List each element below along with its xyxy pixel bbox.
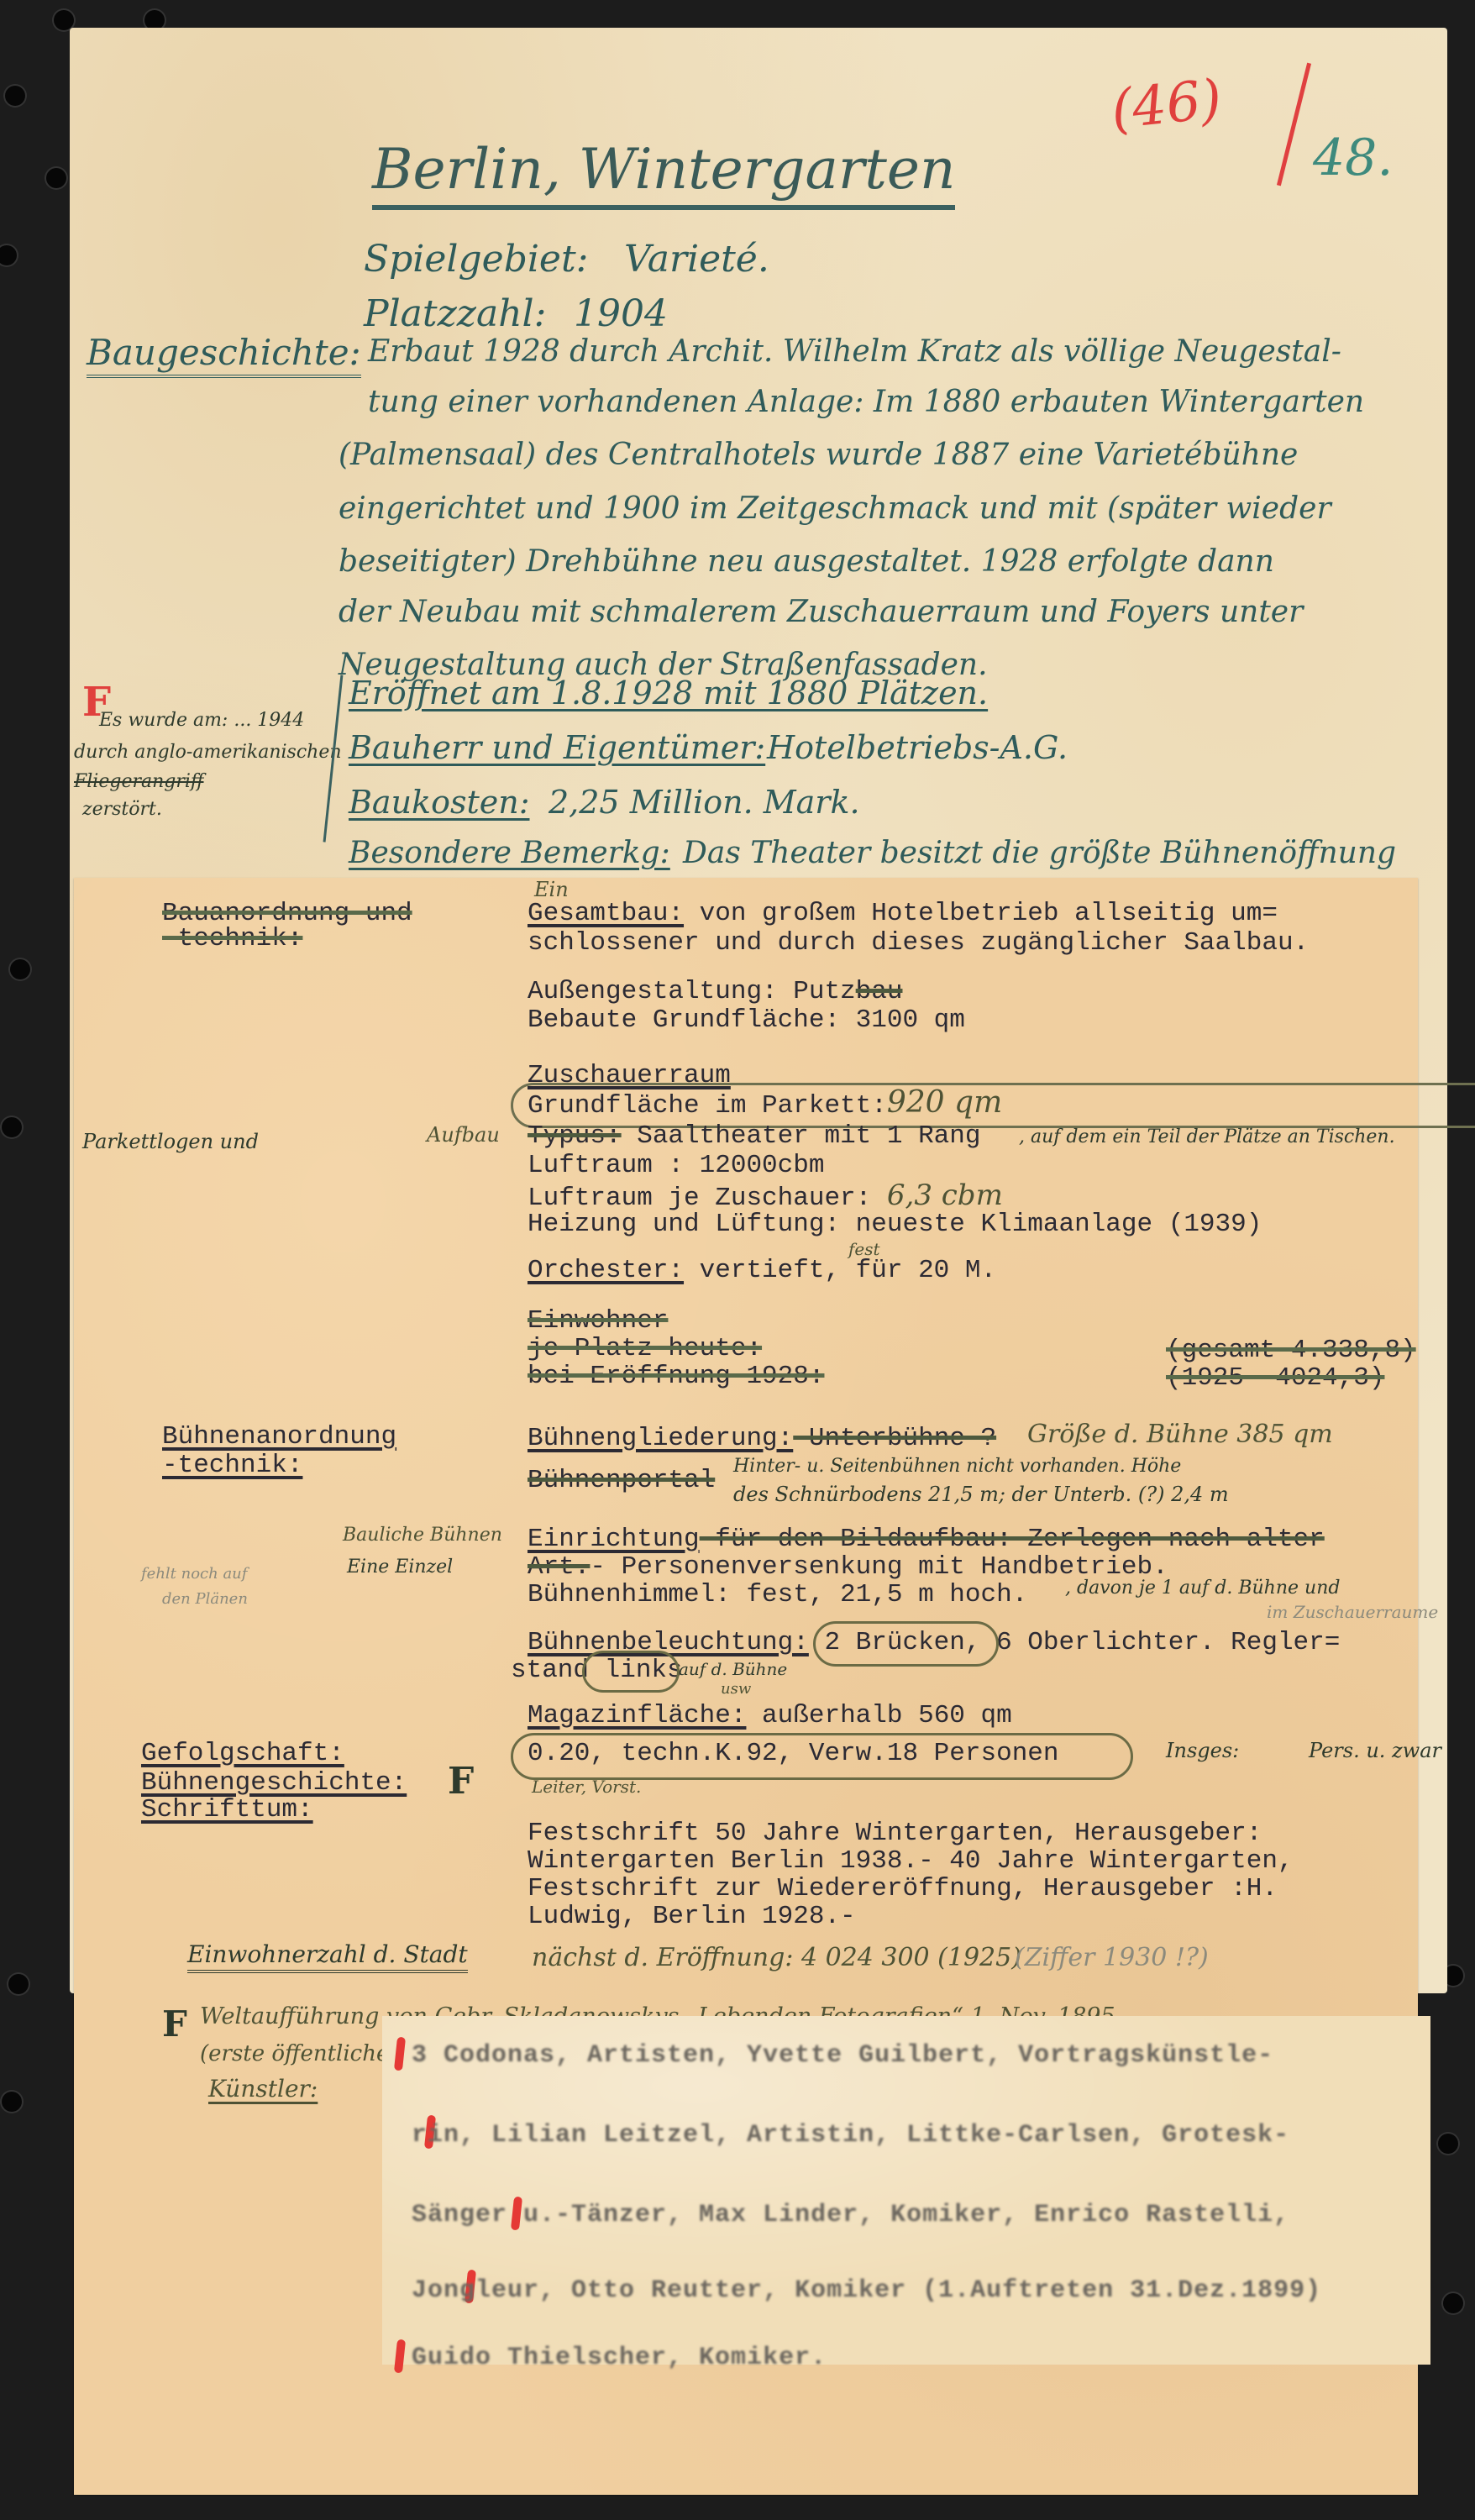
buehnen-label-text: Bühnenanordnung — [162, 1422, 396, 1452]
magazin-insert: usw — [721, 1680, 751, 1698]
luftraum-je-line: Luftraum je Zuschauer: 6,3 cbm — [528, 1180, 1003, 1214]
baukosten-value: 2,25 Million. Mark. — [549, 784, 860, 821]
kuenstler-label: Künstler: — [208, 2075, 318, 2103]
binder-hole — [10, 959, 30, 979]
archive-divider-slash — [1277, 63, 1311, 186]
buehnengliederung-note: Größe d. Bühne 385 qm — [1027, 1420, 1333, 1449]
himmel-line: Bühnenhimmel: fest, 21,5 m hoch. — [528, 1580, 1027, 1610]
orchester-line: Orchester: vertieft, für 20 M. — [528, 1256, 996, 1286]
einwohner-value-struck: (1925 4024,3) — [1166, 1363, 1384, 1394]
typus-label: Typus: — [528, 1121, 622, 1151]
einrichtung-struck: für den Bildaufbau: Zerlegen nach alter — [700, 1525, 1325, 1554]
grundflaeche-line: Bebaute Grundfläche: 3100 qm — [528, 1005, 965, 1036]
einrichtung-line2-struck: Art. — [528, 1552, 590, 1582]
margin-note-line: Es wurde am: ... 1944 — [99, 710, 304, 731]
luftraum-je-value: 6,3 cbm — [887, 1179, 1003, 1212]
buehnenportal-label: Bühnenportal — [528, 1466, 715, 1495]
eroeffnet-text: Eröffnet am 1.8.1928 mit 1880 Plätzen. — [349, 675, 988, 711]
magazin-value: außerhalb 560 qm — [746, 1701, 1011, 1730]
spielgebiet-label: Spielgebiet: — [364, 238, 588, 281]
pencil-margin-1: fehlt noch auf — [141, 1565, 247, 1583]
binder-hole — [1443, 2293, 1463, 2313]
buehnengeschichte-label: Bühnengeschichte: — [141, 1768, 407, 1798]
gefolgschaft-value: 0.20, techn.K.92, Verw.18 Personen — [528, 1739, 1059, 1769]
pencil-margin-2: den Plänen — [162, 1590, 248, 1608]
gesamtbau-insert: Ein — [534, 878, 569, 901]
schrifttum-line: Wintergarten Berlin 1938.- 40 Jahre Wint… — [528, 1846, 1294, 1877]
baugeschichte-label: Baugeschichte: — [87, 332, 361, 378]
orchester-value: vertieft, für 20 M. — [684, 1256, 996, 1285]
artists-line: Jongleur, Otto Reutter, Komiker (1.Auftr… — [412, 2276, 1321, 2305]
typus-note: , auf dem ein Teil der Plätze an Tischen… — [1019, 1126, 1395, 1147]
artists-line: Sänger u.-Tänzer, Max Linder, Komiker, E… — [412, 2201, 1289, 2229]
artists-slip: 3 Codonas, Artisten, Yvette Guilbert, Vo… — [382, 2016, 1430, 2365]
einrichtung-label: Einrichtung — [528, 1525, 700, 1554]
einwohner-struck-line: je Platz heute: — [528, 1334, 762, 1364]
f-mark-dark-2: F — [162, 2003, 187, 2045]
binder-hole — [5, 86, 25, 106]
parkett-value: 920 qm — [887, 1085, 1002, 1120]
schrifttum-line: Festschrift 50 Jahre Wintergarten, Herau… — [528, 1819, 1262, 1849]
page-title: Berlin, Wintergarten — [372, 137, 955, 210]
artists-line: 3 Codonas, Artisten, Yvette Guilbert, Vo… — [412, 2041, 1273, 2070]
typus-insert: Aufbau — [427, 1123, 500, 1147]
artists-line: Guido Thielscher, Komiker. — [412, 2344, 827, 2372]
himmel-note-2: im Zuschauerraume — [1267, 1602, 1438, 1622]
gefolgschaft-note: Insges: — [1166, 1739, 1239, 1762]
luftraum-line: Luftraum : 12000cbm — [528, 1151, 824, 1181]
spielgebiet-value: Varieté. — [624, 238, 769, 281]
einrichtung-line: Einrichtung für den Bildaufbau: Zerlegen… — [528, 1525, 1325, 1555]
einwohnerzahl-value: nächst d. Eröffnung: 4 024 300 (1925) — [532, 1943, 1021, 1972]
baugeschichte-line: tung einer vorhandenen Anlage: Im 1880 e… — [368, 385, 1364, 419]
platzzahl-value: 1904 — [574, 292, 668, 335]
binder-hole — [8, 1974, 29, 1994]
luftraum-je-label: Luftraum je Zuschauer: — [528, 1184, 871, 1213]
aussengestaltung-line: Außengestaltung: Putzbau — [528, 977, 902, 1007]
gesamtbau-label: Gesamtbau: — [528, 899, 684, 928]
bauherr-label: Bauherr und Eigentümer: — [349, 729, 765, 766]
einwohner-struck-line: bei Eröffnung 1928: — [528, 1362, 824, 1392]
beleuchtung-note: auf d. Bühne — [679, 1659, 787, 1679]
einwohner-struck-line: Einwohner — [528, 1306, 668, 1336]
baugeschichte-line: der Neubau mit schmalerem Zuschauerraum … — [339, 595, 1303, 629]
baugeschichte-line: beseitigter) Drehbühne neu ausgestaltet.… — [339, 544, 1274, 579]
gefolgschaft-label-text: Gefolgschaft: — [141, 1739, 344, 1768]
buehnenportal-note-1: Hinter- u. Seitenbühnen nicht vorhanden.… — [733, 1456, 1181, 1477]
gesamtbau-text: von großem Hotelbetrieb allseitig um= — [684, 899, 1278, 928]
himmel-note: , davon je 1 auf d. Bühne und — [1065, 1578, 1340, 1599]
aussengestaltung-struck: bau — [856, 977, 903, 1006]
bemerkung-value: Das Theater besitzt die größte Bühnenöff… — [683, 836, 1396, 870]
schrifttum-label-text: Schrifttum: — [141, 1795, 313, 1824]
orchester-label: Orchester: — [528, 1256, 684, 1285]
schrifttum-line: Ludwig, Berlin 1928.- — [528, 1902, 856, 1932]
f-mark-dark: F — [448, 1760, 474, 1803]
gefolgschaft-note-2: Pers. u. zwar — [1309, 1739, 1441, 1762]
archive-number-teal: 48. — [1313, 129, 1393, 187]
binder-hole — [1438, 2134, 1458, 2154]
parkettlogen-margin: Parkettlogen und — [82, 1130, 259, 1153]
margin-note-line: Fliegerangriff — [74, 771, 203, 792]
buehnen-label-2: -technik: — [162, 1451, 302, 1481]
einwohnerzahl-pencil: (Ziffer 1930 !?) — [1015, 1943, 1209, 1972]
red-tick-mark — [394, 2037, 406, 2071]
heizung-line: Heizung und Lüftung: neueste Klimaanlage… — [528, 1210, 1262, 1240]
buehnenportal-note-2: des Schnürbodens 21,5 m; der Unterb. (?)… — [733, 1483, 1229, 1506]
baugeschichte-line: eingerichtet und 1900 im Zeitgeschmack u… — [339, 491, 1331, 526]
margin-note-line: durch anglo-amerikanischen — [74, 742, 342, 763]
einwohnerzahl-label: Einwohnerzahl d. Stadt — [187, 1940, 468, 1973]
schrifttum-label: Schrifttum: — [141, 1795, 313, 1825]
baukosten-label: Baukosten: — [349, 784, 530, 821]
bauanordnung-label-2: -technik: — [162, 924, 302, 954]
magazin-label: Magazinfläche: — [528, 1701, 746, 1730]
gefolgschaft-note-3: Leiter, Vorst. — [532, 1777, 641, 1797]
buehnengeschichte-label-text: Bühnengeschichte: — [141, 1768, 407, 1798]
binder-hole — [46, 168, 66, 188]
artists-line: rin, Lilian Leitzel, Artistin, Littke-Ca… — [412, 2121, 1289, 2150]
buehnengliederung-line: Bühnengliederung: Unterbühne ? — [528, 1424, 996, 1454]
buehnen-label: Bühnenanordnung — [162, 1422, 396, 1452]
parkett-line: Grundfläche im Parkett:920 qm — [528, 1088, 1002, 1121]
schrifttum-line: Festschrift zur Wiedereröffnung, Herausg… — [528, 1874, 1278, 1904]
baugeschichte-line: Erbaut 1928 durch Archit. Wilhelm Kratz … — [368, 334, 1341, 369]
parkett-label: Grundfläche im Parkett: — [528, 1091, 887, 1121]
archive-number-red: (46) — [1108, 68, 1224, 141]
aussengestaltung-text: Außengestaltung: Putz — [528, 977, 856, 1006]
einzel-margin: Eine Einzel — [347, 1557, 453, 1578]
magazin-line: Magazinfläche: außerhalb 560 qm — [528, 1701, 1012, 1731]
bemerkung-label: Besondere Bemerkg: — [349, 836, 670, 870]
gefolgschaft-label: Gefolgschaft: — [141, 1739, 344, 1769]
links-circle — [582, 1651, 680, 1693]
margin-note-line: zerstört. — [82, 799, 162, 820]
bruecken-circle — [813, 1621, 999, 1667]
buehnengliederung-label: Bühnengliederung: — [528, 1424, 793, 1453]
typus-value: Saaltheater mit 1 Rang — [622, 1121, 981, 1151]
platzzahl-label: Platzzahl: — [364, 292, 546, 335]
bauherr-value: Hotelbetriebs-A.G. — [767, 729, 1068, 766]
einwohner-value-struck: (gesamt 4.338,8) — [1166, 1336, 1416, 1366]
buehnen-technik-label: -technik: — [162, 1451, 302, 1480]
gesamtbau-line-2: schlossener und durch dieses zugängliche… — [528, 928, 1309, 958]
buehnengliederung-struck: Unterbühne ? — [793, 1424, 996, 1453]
typus-line: Typus: Saaltheater mit 1 Rang — [528, 1121, 981, 1152]
gesamtbau-line-1: Gesamtbau: von großem Hotelbetrieb allse… — [528, 899, 1278, 929]
binder-hole — [2, 2092, 22, 2112]
baugeschichte-line: (Palmensaal) des Centralhotels wurde 188… — [339, 438, 1298, 472]
bauliche-margin: Bauliche Bühnen — [343, 1525, 502, 1546]
binder-hole — [0, 245, 17, 265]
buehnenportal-line: Bühnenportal — [528, 1466, 715, 1496]
binder-hole — [2, 1117, 22, 1137]
